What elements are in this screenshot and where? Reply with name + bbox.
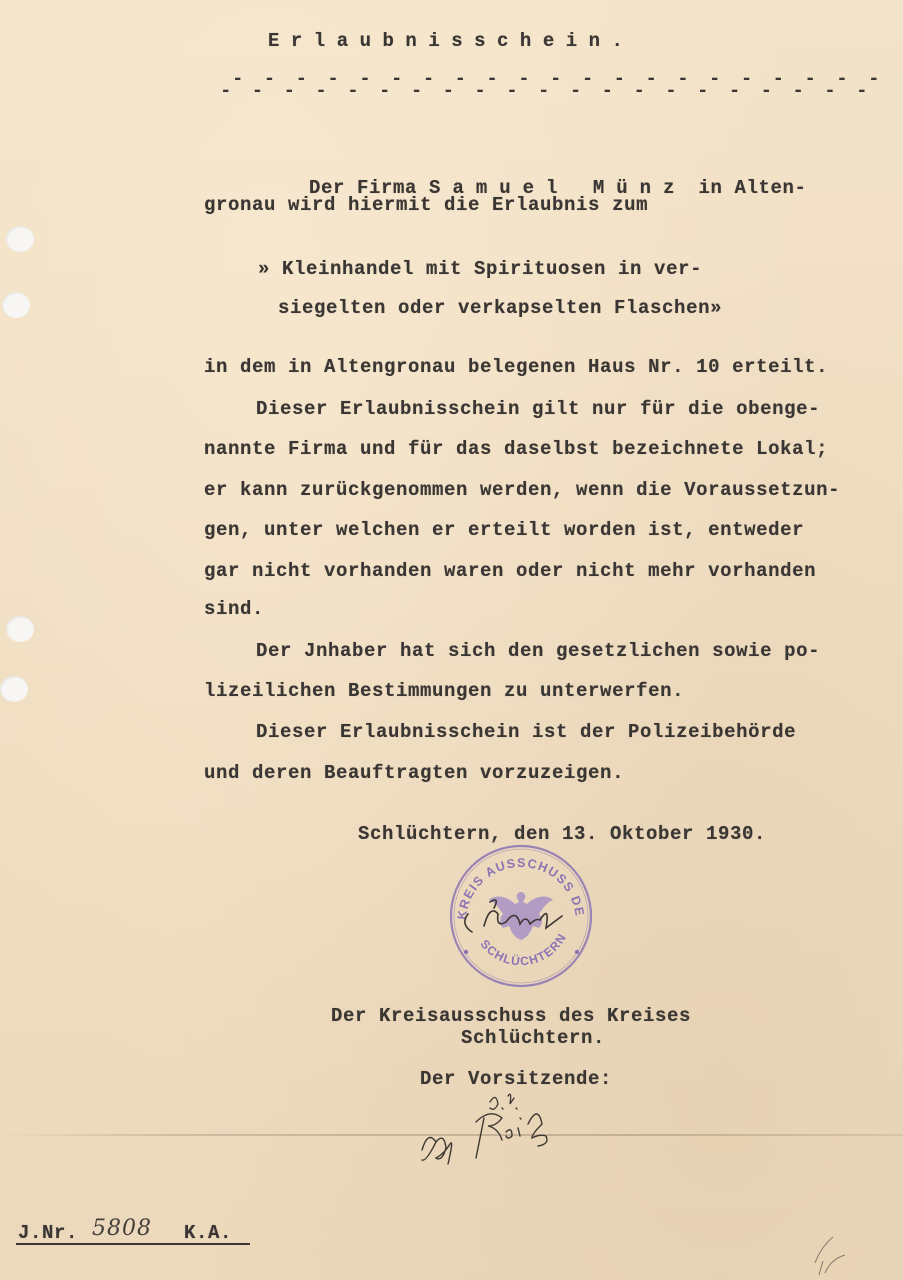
title-underline-second: - - - - - - - - - - - - - - - - - - - - … (220, 80, 872, 102)
signature-prefix-iv (490, 1094, 517, 1109)
document-title: Erlaubnisschein. (268, 30, 634, 52)
present-line-2: und deren Beauftragten vorzuzeigen. (204, 762, 624, 784)
permit-scope-line-1: » Kleinhandel mit Spirituosen in ver- (258, 258, 702, 280)
intro-line-2: gronau wird hiermit die Erlaubnis zum (204, 194, 648, 216)
reference-label: J.Nr. (18, 1222, 78, 1244)
reference-number-handwritten: 5808 (92, 1216, 152, 1241)
authority-line-1: Der Kreisausschuss des Kreises (331, 1005, 691, 1027)
signature-name (476, 1114, 547, 1158)
holder-line-1: Der Jnhaber hat sich den gesetzlichen so… (256, 640, 820, 662)
intro-line-1: Der Firma Samuel Münz in Alten- (285, 155, 807, 199)
present-line-1: Dieser Erlaubnisschein ist der Polizeibe… (256, 721, 796, 743)
authority-line-2: Schlüchtern. (461, 1027, 605, 1049)
pencil-marks (805, 1215, 865, 1280)
punch-hole (6, 616, 34, 642)
official-seal-stamp: KREIS AUSSCHUSS DES KREISES SCHLÜCHTERN (446, 842, 596, 990)
punch-hole (0, 676, 28, 702)
punch-hole (6, 226, 34, 252)
validity-line-5: gar nicht vorhanden waren oder nicht meh… (204, 560, 816, 582)
chairman-signature (410, 1088, 600, 1170)
validity-line-3: er kann zurückgenommen werden, wenn die … (204, 479, 840, 501)
intro-text-end: in Alten- (686, 177, 806, 199)
punch-hole (2, 292, 30, 318)
validity-line-1: Dieser Erlaubnisschein gilt nur für die … (256, 398, 820, 420)
validity-line-2: nannte Firma und für das daselbst bezeic… (204, 438, 828, 460)
signature-ppa (422, 1138, 452, 1165)
permit-scope-line-2: siegelten oder verkapselten Flaschen» (278, 297, 722, 319)
location-line: in dem in Altengronau belegenen Haus Nr.… (204, 356, 828, 378)
holder-line-2: lizeilichen Bestimmungen zu unterwerfen. (204, 680, 684, 702)
reference-underline (16, 1243, 250, 1245)
validity-line-6: sind. (204, 598, 264, 620)
chair-label: Der Vorsitzende: (420, 1068, 612, 1090)
reference-suffix: K.A. (184, 1222, 232, 1244)
validity-line-4: gen, unter welchen er erteilt worden ist… (204, 519, 804, 541)
